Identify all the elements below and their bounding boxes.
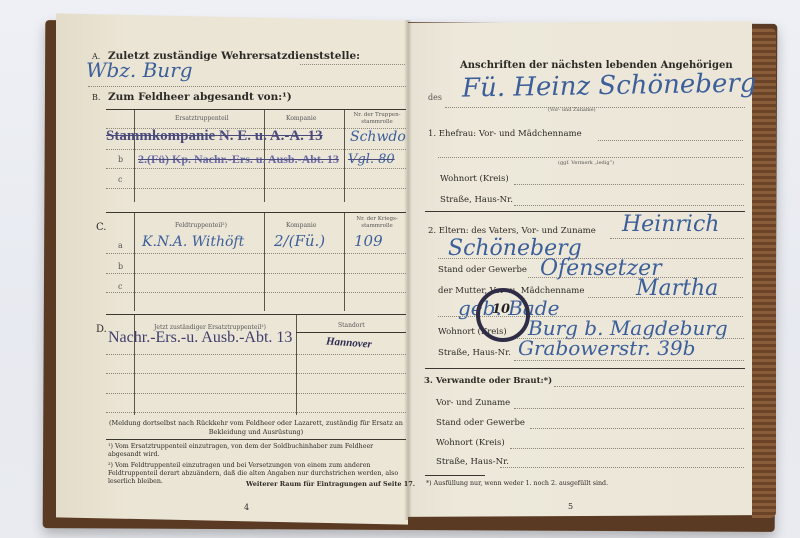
dotted-line bbox=[514, 408, 744, 409]
column-header: Nr. der Kriegs-stammrolle bbox=[348, 216, 406, 230]
relatives-label: 3. Verwandte oder Braut:*) bbox=[424, 376, 552, 386]
column-header: Kompanie bbox=[286, 115, 316, 122]
column-header: Standort bbox=[338, 322, 365, 329]
row-letter: c bbox=[118, 175, 122, 184]
column-header: Feldtruppenteil²) bbox=[175, 222, 227, 229]
footnote-rule bbox=[425, 475, 485, 476]
dotted-line bbox=[598, 140, 743, 141]
dotted-line bbox=[88, 86, 406, 87]
spouse-street-label: Straße, Haus-Nr. bbox=[440, 195, 513, 205]
rule bbox=[106, 109, 406, 110]
column-divider bbox=[296, 315, 297, 415]
dotted-line bbox=[500, 467, 744, 468]
row-a-roll-no: 109 bbox=[354, 232, 383, 250]
dotted-line bbox=[300, 64, 405, 65]
dotted-line bbox=[514, 205, 744, 206]
parents-street: Grabowerstr. 39b bbox=[518, 336, 695, 360]
column-header: Ersatztruppenteil bbox=[175, 115, 229, 122]
dotted-line bbox=[106, 354, 406, 355]
rule bbox=[425, 368, 745, 369]
des-label: des bbox=[428, 93, 442, 102]
parents-label: 2. Eltern: des Vaters, Vor- und Zuname bbox=[428, 226, 596, 236]
row-a-unit-stamp: Stammkompanie N. E. u. A.-A. 13 bbox=[106, 128, 323, 145]
current-unit-stamp: Nachr.-Ers.-u. Ausb.-Abt. 13 bbox=[108, 329, 292, 347]
row-letter: a bbox=[118, 241, 123, 250]
section-c-label: C. bbox=[96, 222, 106, 233]
dotted-line bbox=[530, 428, 744, 429]
footnote-1: ¹) Vom Ersatztruppenteil einzutragen, vo… bbox=[108, 443, 404, 459]
round-stamp-number: 10 bbox=[492, 302, 510, 317]
dotted-line bbox=[106, 253, 406, 254]
dotted-line bbox=[106, 168, 406, 169]
dotted-line bbox=[610, 238, 744, 239]
dotted-line bbox=[106, 412, 406, 413]
dotted-line bbox=[106, 149, 406, 150]
row-letter: c bbox=[118, 282, 122, 291]
row-b-unit-stamp: 2.(Fü) Kp. Nachr.-Ers. u. Ausb.-Abt. 13 bbox=[138, 152, 339, 167]
single-caption: (ggf. Vermerk „ledig“) bbox=[558, 160, 614, 166]
dotted-line bbox=[106, 292, 406, 293]
relative-residence-label: Wohnort (Kreis) bbox=[436, 438, 505, 448]
dotted-line bbox=[438, 157, 743, 158]
page-number-right: 5 bbox=[568, 502, 573, 511]
relative-name-label: Vor- und Zuname bbox=[436, 398, 510, 408]
section-a-handwritten: Wbz. Burg bbox=[86, 58, 193, 82]
soldier-name: Fü. Heinz Schöneberg bbox=[462, 68, 757, 103]
dotted-line bbox=[588, 297, 743, 298]
column-header: Kompanie bbox=[286, 222, 316, 229]
parents-street-label: Straße, Haus-Nr. bbox=[438, 348, 511, 358]
name-caption: (Vor- und Zuname) bbox=[548, 107, 596, 113]
book-gutter bbox=[404, 20, 412, 520]
spouse-label: 1. Ehefrau: Vor- und Mädchenname bbox=[428, 129, 582, 139]
row-a-roll-no: Schwdo bbox=[350, 129, 406, 145]
dotted-line bbox=[106, 373, 406, 374]
row-a-company: 2/(Fü.) bbox=[274, 232, 325, 250]
dotted-line bbox=[514, 184, 744, 185]
rule bbox=[296, 332, 406, 333]
dotted-line bbox=[106, 188, 406, 189]
rule bbox=[106, 314, 406, 315]
relative-street-label: Straße, Haus-Nr. bbox=[436, 457, 509, 467]
column-divider bbox=[134, 213, 135, 311]
column-divider bbox=[264, 213, 265, 311]
trade-label: Stand oder Gewerbe bbox=[438, 265, 527, 275]
row-letter: b bbox=[118, 262, 123, 271]
row-a-unit: K.N.A. Withöft bbox=[142, 234, 244, 250]
dotted-line bbox=[106, 273, 406, 274]
row-letter: b bbox=[118, 155, 123, 164]
father-first-name: Heinrich bbox=[622, 212, 719, 237]
spouse-residence-label: Wohnort (Kreis) bbox=[440, 174, 509, 184]
row-b-roll-no: Vgl. 80 bbox=[348, 152, 395, 167]
right-footnote: *) Ausfüllung nur, wenn weder 1. noch 2.… bbox=[426, 480, 608, 487]
page-number-left: 4 bbox=[244, 503, 249, 512]
section-b-title: Zum Feldheer abgesandt von:¹) bbox=[108, 91, 292, 103]
section-b-label: B. bbox=[92, 93, 100, 102]
dotted-line bbox=[554, 386, 744, 387]
section-d-label: D. bbox=[96, 324, 107, 335]
dotted-line bbox=[106, 393, 406, 394]
column-divider bbox=[344, 213, 345, 311]
cover-spine-edge bbox=[752, 28, 776, 518]
rule bbox=[106, 439, 406, 440]
dotted-line bbox=[510, 448, 744, 449]
more-space-note: Weiterer Raum für Eintragungen auf Seite… bbox=[246, 480, 415, 488]
reporting-note: (Meldung dortselbst nach Rückkehr vom Fe… bbox=[108, 419, 404, 437]
dotted-line bbox=[514, 360, 744, 361]
rule bbox=[106, 212, 406, 213]
relative-trade-label: Stand oder Gewerbe bbox=[436, 418, 525, 428]
column-header: Nr. der Truppen-stammrolle bbox=[348, 112, 406, 126]
